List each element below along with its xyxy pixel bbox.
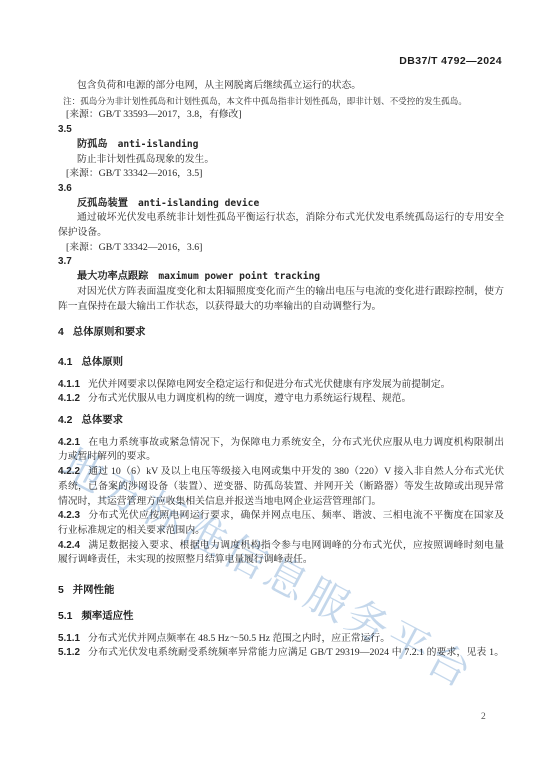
subsection-heading: 4.2总体要求 bbox=[58, 414, 504, 429]
page-number: 2 bbox=[481, 712, 486, 722]
section-heading: 4总体原则和要求 bbox=[58, 326, 504, 341]
term-line: 最大功率点跟踪maximum power point tracking bbox=[58, 270, 504, 285]
clause-text: 分布式光伏应按照电网运行要求，确保并网点电压、频率、谐波、三相电流不平衡度在国家… bbox=[88, 510, 504, 521]
clause-number: 4.2.2 bbox=[58, 466, 80, 477]
clause-text: 满足数据接入要求、根据电力调度机构指令参与电网调峰的分布式光伏，应按照调峰时刻电… bbox=[88, 540, 504, 551]
clause-number: 4 bbox=[58, 327, 64, 338]
clause-text: 并网性能 bbox=[73, 585, 115, 596]
clause-text: 总体原则 bbox=[81, 357, 123, 368]
paragraph-line: 通过破坏光伏发电系统非计划性孤岛平衡运行状态，消除分布式光伏发电系统孤岛运行的专… bbox=[58, 211, 504, 226]
clause-text: 总体要求 bbox=[81, 415, 123, 426]
term-zh-label: 最大功率点跟踪 bbox=[77, 271, 148, 282]
clause-number: 4.1.1 bbox=[58, 379, 80, 390]
section-heading: 5并网性能 bbox=[58, 584, 504, 599]
clause-number: 4.1 bbox=[58, 357, 72, 368]
paragraph-line: 阵一直保持在最大输出工作状态，以获得最大的功率输出的自动调整行为。 bbox=[58, 300, 504, 315]
paragraph-line: 行业标准规定的相关要求范围内。 bbox=[58, 524, 504, 539]
paragraph-line: 防止非计划性孤岛现象的发生。 bbox=[58, 153, 504, 168]
clause-line: 5.1.1分布式光伏并网点频率在 48.5 Hz～50.5 Hz 范围之内时，应… bbox=[58, 632, 504, 647]
clause-text: 光伏并网要求以保障电网安全稳定运行和促进分布式光伏健康有序发展为前提制定。 bbox=[88, 379, 450, 390]
source-line: [来源：GB/T 33342—2016，3.5] bbox=[58, 167, 504, 182]
clause-line: 4.1.2分布式光伏服从电力调度机构的统一调度，遵守电力系统运行规程、规范。 bbox=[58, 392, 504, 407]
subsection-heading: 5.1频率适应性 bbox=[58, 610, 504, 625]
clause-number: 5.1.2 bbox=[58, 647, 80, 658]
clause-text: 通过 10（6）kV 及以上电压等级接入电网或集中开发的 380（220）V 接… bbox=[88, 466, 504, 477]
clause-line: 4.1.1光伏并网要求以保障电网安全稳定运行和促进分布式光伏健康有序发展为前提制… bbox=[58, 378, 504, 393]
clause-number-line: 3.6 bbox=[58, 182, 504, 197]
source-line: [来源：GB/T 33593—2017，3.8，有修改] bbox=[58, 108, 504, 123]
clause-number: 4.2.1 bbox=[58, 437, 80, 448]
clause-number: 4.2 bbox=[58, 415, 72, 426]
paragraph-line: 系统，已备案的涉网设备（装置）、逆变器、防孤岛装置、并网开关（断路器）等发生故障… bbox=[58, 480, 504, 495]
document-page: 地方标准信息服务平台 DB37/T 4792—2024 包含负荷和电源的部分电网… bbox=[0, 0, 546, 772]
paragraph-line: 力或暂时解列的要求。 bbox=[58, 450, 504, 465]
clause-number-line: 3.7 bbox=[58, 255, 504, 270]
clause-number-line: 3.5 bbox=[58, 123, 504, 138]
doc-content: 包含负荷和电源的部分电网，从主网脱离后继续孤立运行的状态。注：孤岛分为非计划性孤… bbox=[58, 79, 504, 661]
clause-text: 在电力系统事故或紧急情况下，为保障电力系统安全，分布式光伏应服从电力调度机构限制… bbox=[88, 437, 504, 448]
subsection-heading: 4.1总体原则 bbox=[58, 356, 504, 371]
clause-text: 分布式光伏并网点频率在 48.5 Hz～50.5 Hz 范围之内时，应正常运行。 bbox=[88, 633, 390, 644]
clause-line: 5.1.2分布式光伏发电系统耐受系统频率异常能力应满足 GB/T 29319—2… bbox=[58, 646, 504, 661]
paragraph-line: 履行调峰责任，未实现的按照整月结算电量履行调峰责任。 bbox=[58, 553, 504, 568]
source-line: [来源：GB/T 33342—2016，3.6] bbox=[58, 241, 504, 256]
clause-line: 4.2.2通过 10（6）kV 及以上电压等级接入电网或集中开发的 380（22… bbox=[58, 465, 504, 480]
clause-line: 4.2.3分布式光伏应按照电网运行要求，确保并网点电压、频率、谐波、三相电流不平… bbox=[58, 509, 504, 524]
clause-number: 5.1.1 bbox=[58, 633, 80, 644]
clause-text: 分布式光伏服从电力调度机构的统一调度，遵守电力系统运行规程、规范。 bbox=[88, 393, 411, 404]
paragraph-line: 情况时，其运营管理方应收集相关信息并报送当地电网企业运营管理部门。 bbox=[58, 495, 504, 510]
term-en-label: anti-islanding device bbox=[138, 198, 259, 209]
clause-number: 4.2.4 bbox=[58, 540, 80, 551]
clause-number: 5.1 bbox=[58, 611, 72, 622]
clause-text: 分布式光伏发电系统耐受系统频率异常能力应满足 GB/T 29319—2024 中… bbox=[88, 647, 504, 658]
clause-line: 4.2.4满足数据接入要求、根据电力调度机构指令参与电网调峰的分布式光伏，应按照… bbox=[58, 539, 504, 554]
term-zh-label: 反孤岛装置 bbox=[77, 198, 128, 209]
clause-text: 总体原则和要求 bbox=[73, 327, 146, 338]
clause-number: 4.2.3 bbox=[58, 510, 80, 521]
clause-text: 频率适应性 bbox=[81, 611, 133, 622]
document-code-header: DB37/T 4792—2024 bbox=[399, 55, 502, 67]
paragraph-line: 对因光伏方阵表面温度变化和太阳辐照度变化而产生的输出电压与电流的变化进行跟踪控制… bbox=[58, 285, 504, 300]
clause-number: 5 bbox=[58, 585, 64, 596]
term-line: 反孤岛装置anti-islanding device bbox=[58, 197, 504, 212]
term-en-label: maximum power point tracking bbox=[158, 271, 320, 282]
term-line: 防孤岛anti-islanding bbox=[58, 138, 504, 153]
paragraph-line: 保护设备。 bbox=[58, 226, 504, 241]
term-zh-label: 防孤岛 bbox=[77, 139, 108, 150]
clause-line: 4.2.1在电力系统事故或紧急情况下，为保障电力系统安全，分布式光伏应服从电力调… bbox=[58, 436, 504, 451]
note-line: 注：孤岛分为非计划性孤岛和计划性孤岛，本文件中孤岛指非计划性孤岛，即非计划、不受… bbox=[58, 94, 504, 109]
paragraph-line: 包含负荷和电源的部分电网，从主网脱离后继续孤立运行的状态。 bbox=[58, 79, 504, 94]
term-en-label: anti-islanding bbox=[118, 139, 199, 150]
clause-number: 4.1.2 bbox=[58, 393, 80, 404]
